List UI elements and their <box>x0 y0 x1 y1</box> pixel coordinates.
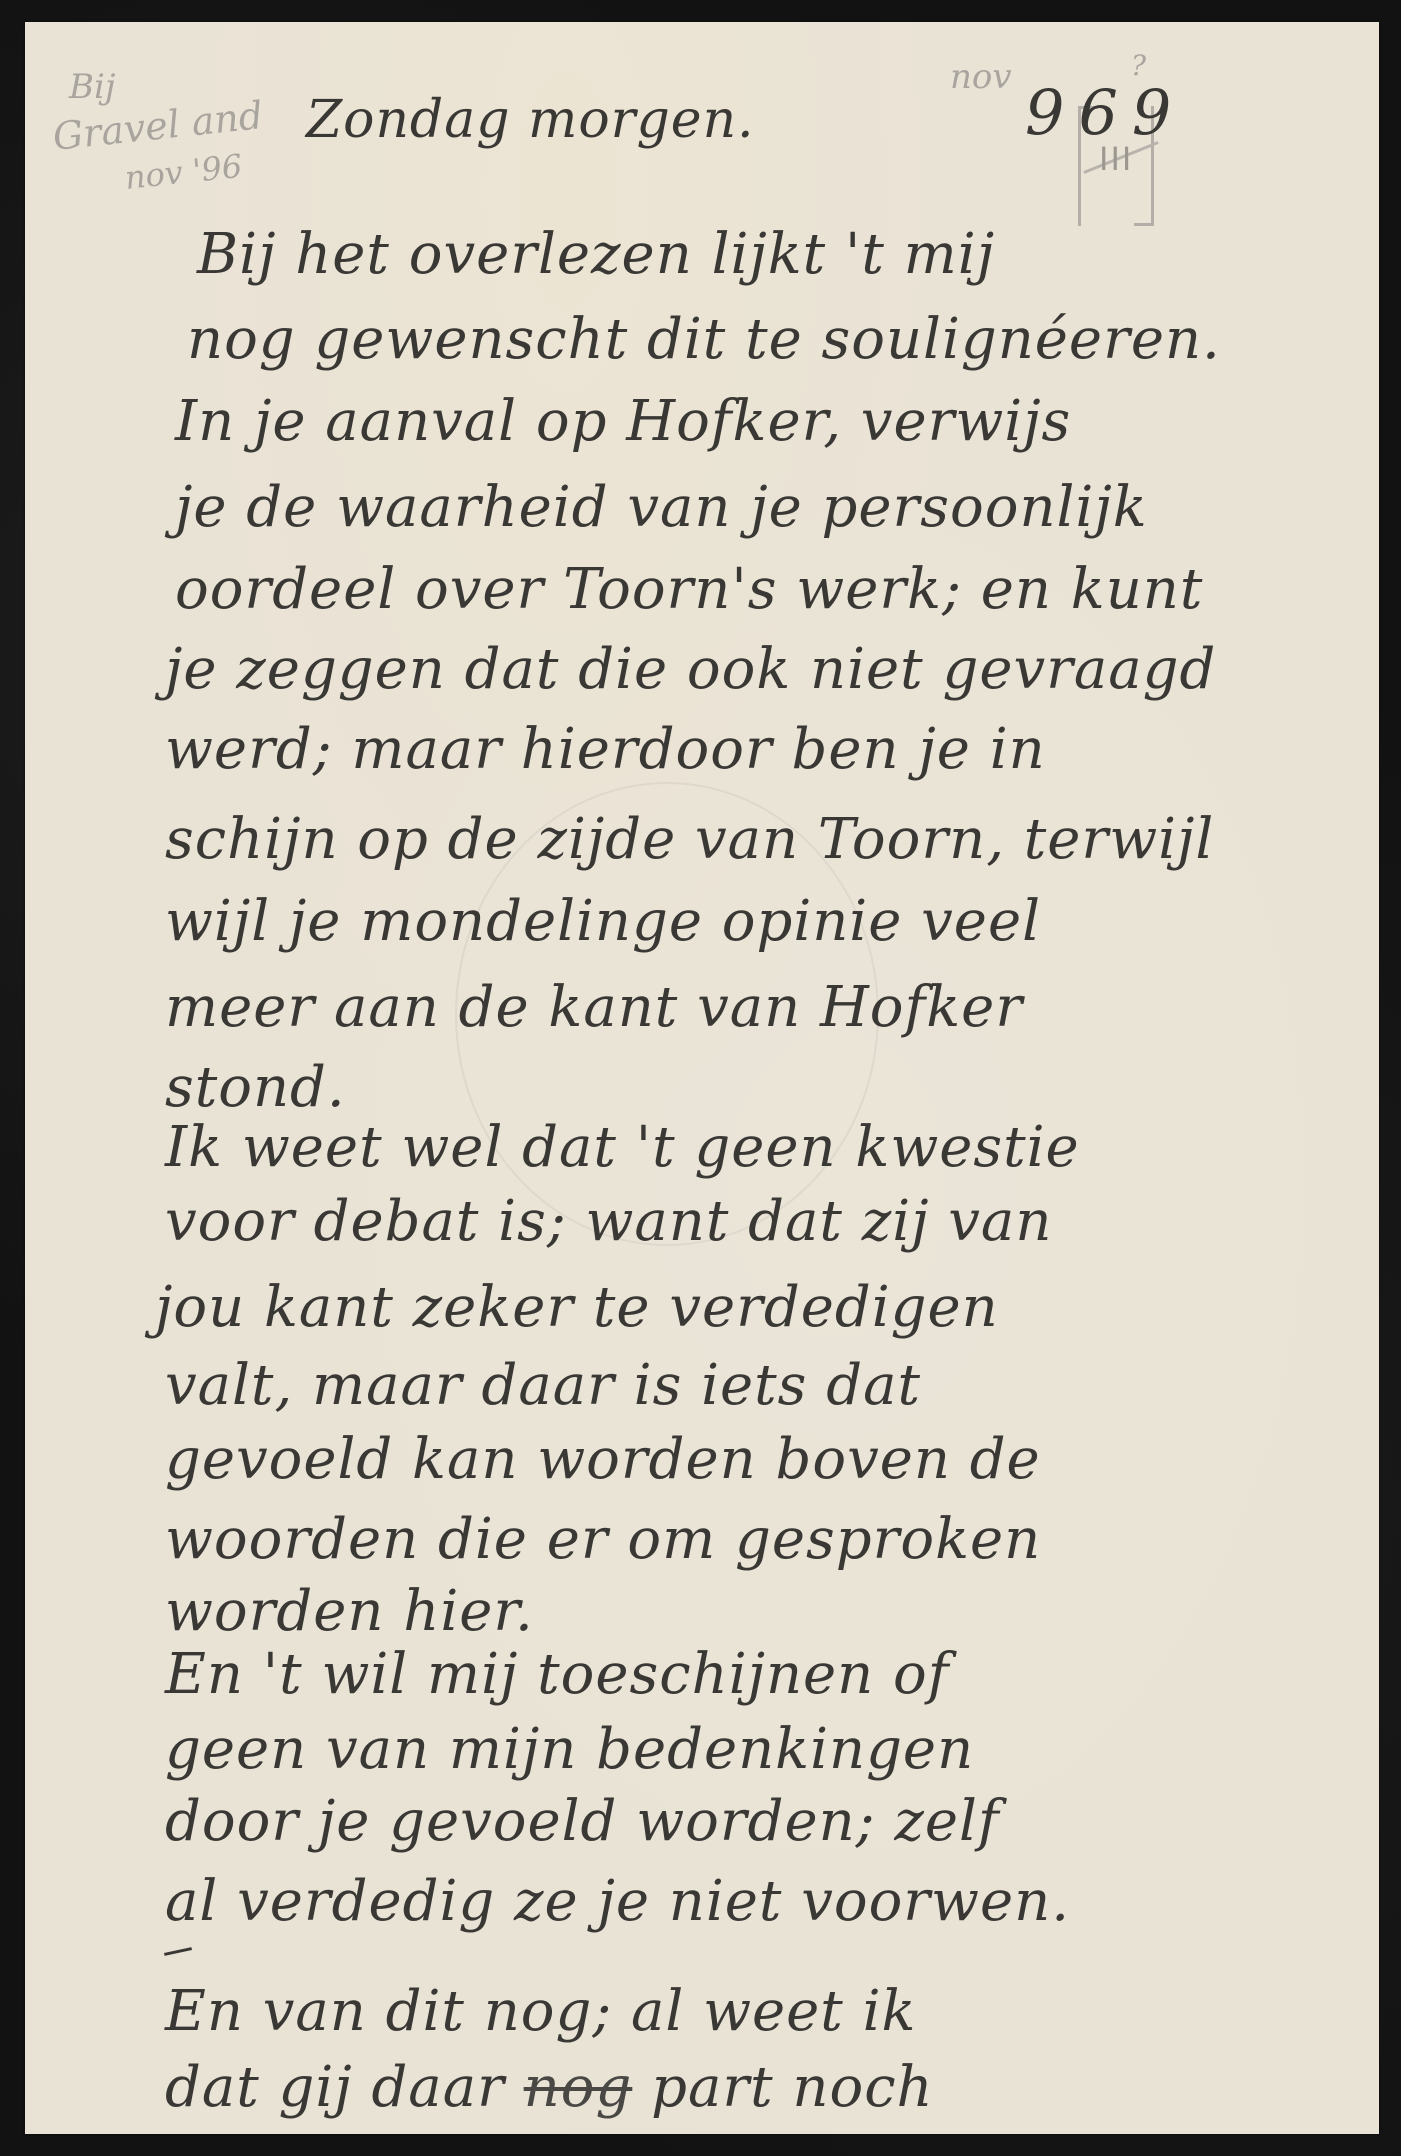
letter-line: je de waarheid van je persoonlijk <box>175 480 1148 536</box>
letter-line: In je aanval op Hofker, verwijs <box>175 394 1071 450</box>
letter-line: gevoeld kan worden boven de <box>165 1432 1041 1488</box>
letter-line: Ik weet wel dat 't geen kwestie <box>165 1120 1080 1176</box>
letter-line: door je gevoeld worden; zelf <box>165 1794 1000 1850</box>
pencil-margin-note-3: nov '96 <box>123 150 243 194</box>
letter-line: worden hier. <box>165 1584 534 1640</box>
letter-line: meer aan de kant van Hofker <box>165 980 1023 1036</box>
letter-line: je zeggen dat die ook niet gevraagd <box>165 642 1216 698</box>
letter-date-heading: Zondag morgen. <box>306 94 755 146</box>
struck-out-word: nog <box>524 2055 633 2120</box>
pencil-margin-note-1: Bij <box>69 70 115 104</box>
letter-line: geen van mijn bedenkingen <box>165 1722 974 1778</box>
letter-page: Bij Gravel and nov '96 nov ? III Zondag … <box>25 22 1379 2134</box>
paragraph-dash-mark <box>164 1947 192 1956</box>
last-line-start: dat gij daar <box>165 2055 524 2120</box>
letter-line: valt, maar daar is iets dat <box>165 1358 921 1414</box>
letter-line: Bij het overlezen lijkt 't mij <box>197 227 995 283</box>
letter-line: al verdedig ze je niet voorwen. <box>165 1874 1070 1930</box>
letter-line: schijn op de zijde van Toorn, terwijl <box>165 812 1214 868</box>
letter-line: werd; maar hierdoor ben je in <box>165 722 1046 778</box>
pencil-archive-note: nov <box>950 60 1012 94</box>
letter-line: nog gewenscht dit te soulignéeren. <box>187 312 1221 368</box>
letter-line: stond. <box>165 1060 346 1116</box>
page-number: 969 <box>1025 82 1185 144</box>
letter-line: jou kant zeker te verdedigen <box>155 1280 999 1336</box>
letter-line: oordeel over Toorn's werk; en kunt <box>175 562 1203 618</box>
letter-line: wijl je mondelinge opinie veel <box>165 894 1041 950</box>
letter-line: voor debat is; want dat zij van <box>165 1194 1052 1250</box>
letter-last-line: dat gij daar nog part noch <box>165 2060 934 2116</box>
last-line-end: part noch <box>632 2055 933 2120</box>
letter-line: woorden die er om gesproken <box>165 1512 1041 1568</box>
letter-line: En 't wil mij toeschijnen of <box>165 1647 950 1703</box>
letter-line: En van dit nog; al weet ik <box>165 1984 916 2040</box>
